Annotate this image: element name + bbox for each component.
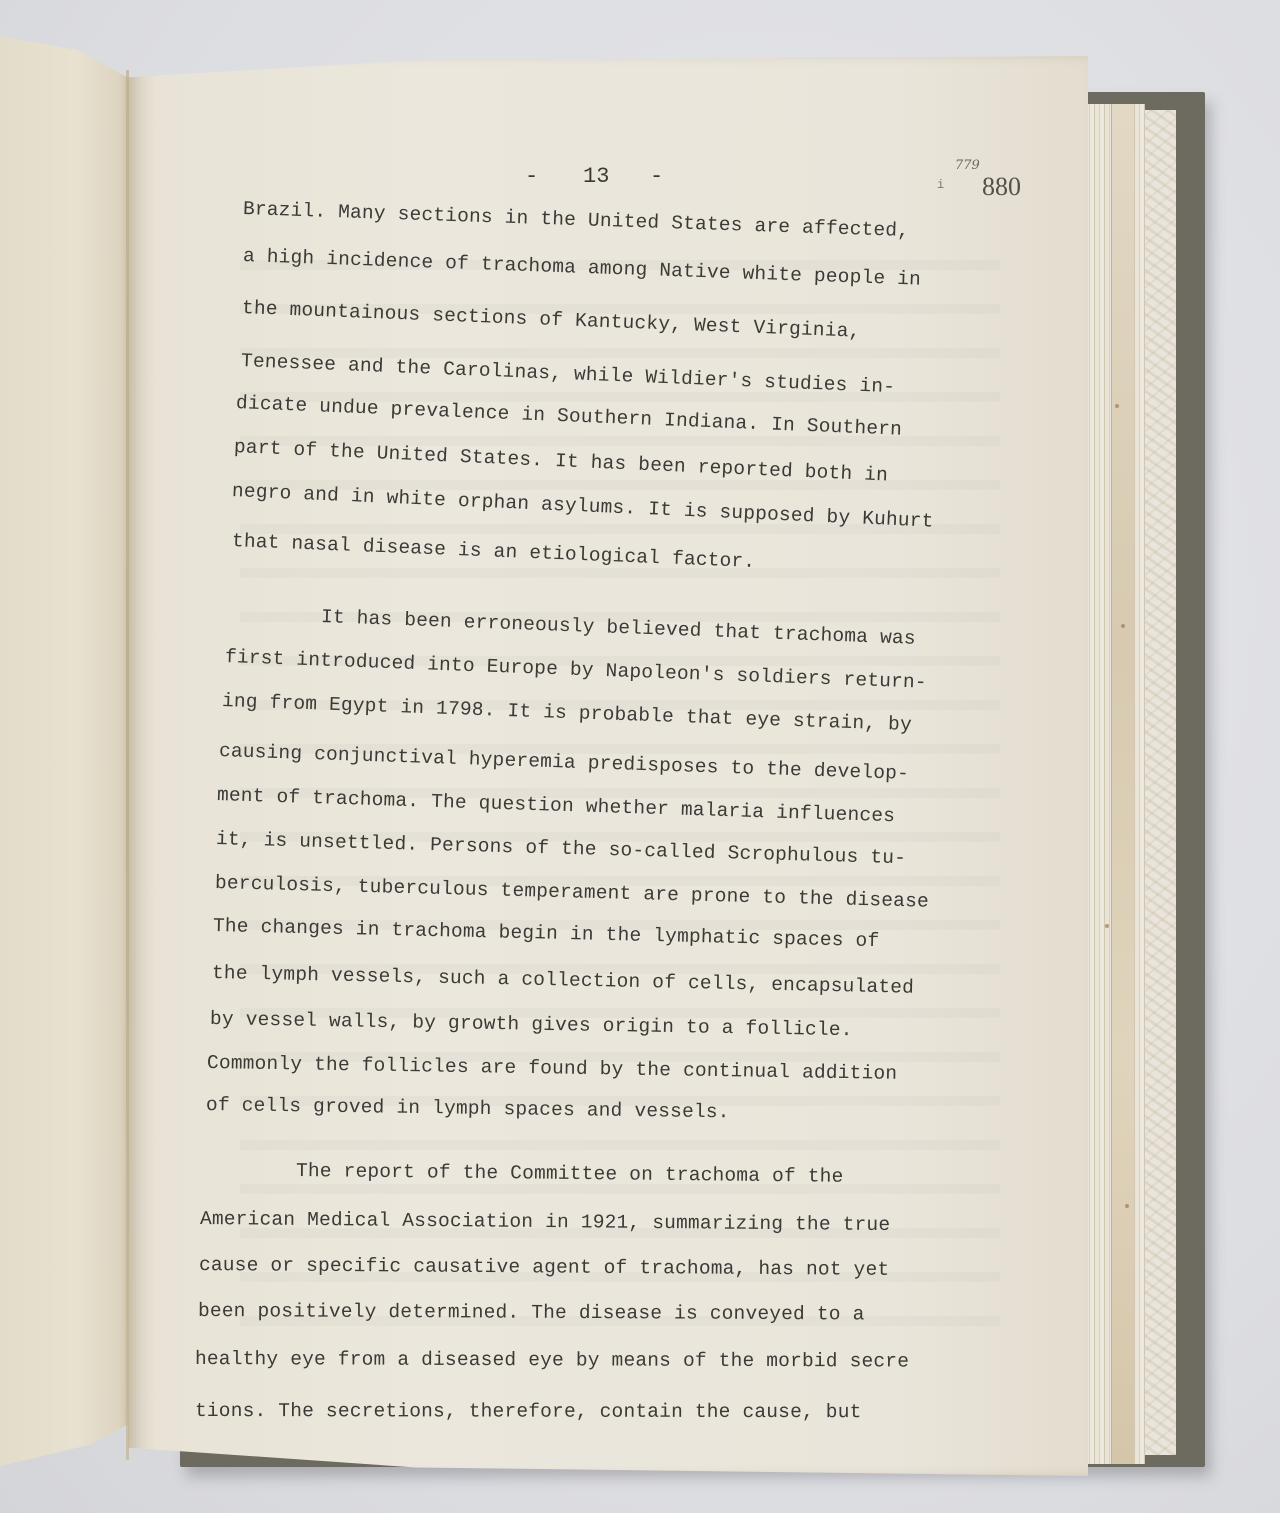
gutter <box>126 70 129 1460</box>
foxing-spot <box>1125 1204 1129 1208</box>
text-line: tions. The secretions, therefore, contai… <box>195 1400 862 1423</box>
text-line: been positively determined. The disease … <box>198 1300 865 1325</box>
page-header: - 13 - i 779 880 <box>0 160 1280 200</box>
foxing-spot <box>1105 924 1109 928</box>
text-line: healthy eye from a diseased eye by means… <box>195 1348 909 1372</box>
endpaper <box>1140 110 1176 1455</box>
left-page <box>0 36 130 1466</box>
page-number: 13 <box>583 164 609 189</box>
folio-mark: i <box>937 178 944 192</box>
header-dash-right: - <box>650 164 663 189</box>
folio-number: 880 <box>982 172 1021 202</box>
header-dash-left: - <box>525 164 538 189</box>
foxing-spot <box>1121 624 1125 628</box>
folio-number-old: 779 <box>955 158 980 173</box>
torn-page-edge <box>1111 104 1134 1464</box>
foxing-spot <box>1115 404 1119 408</box>
